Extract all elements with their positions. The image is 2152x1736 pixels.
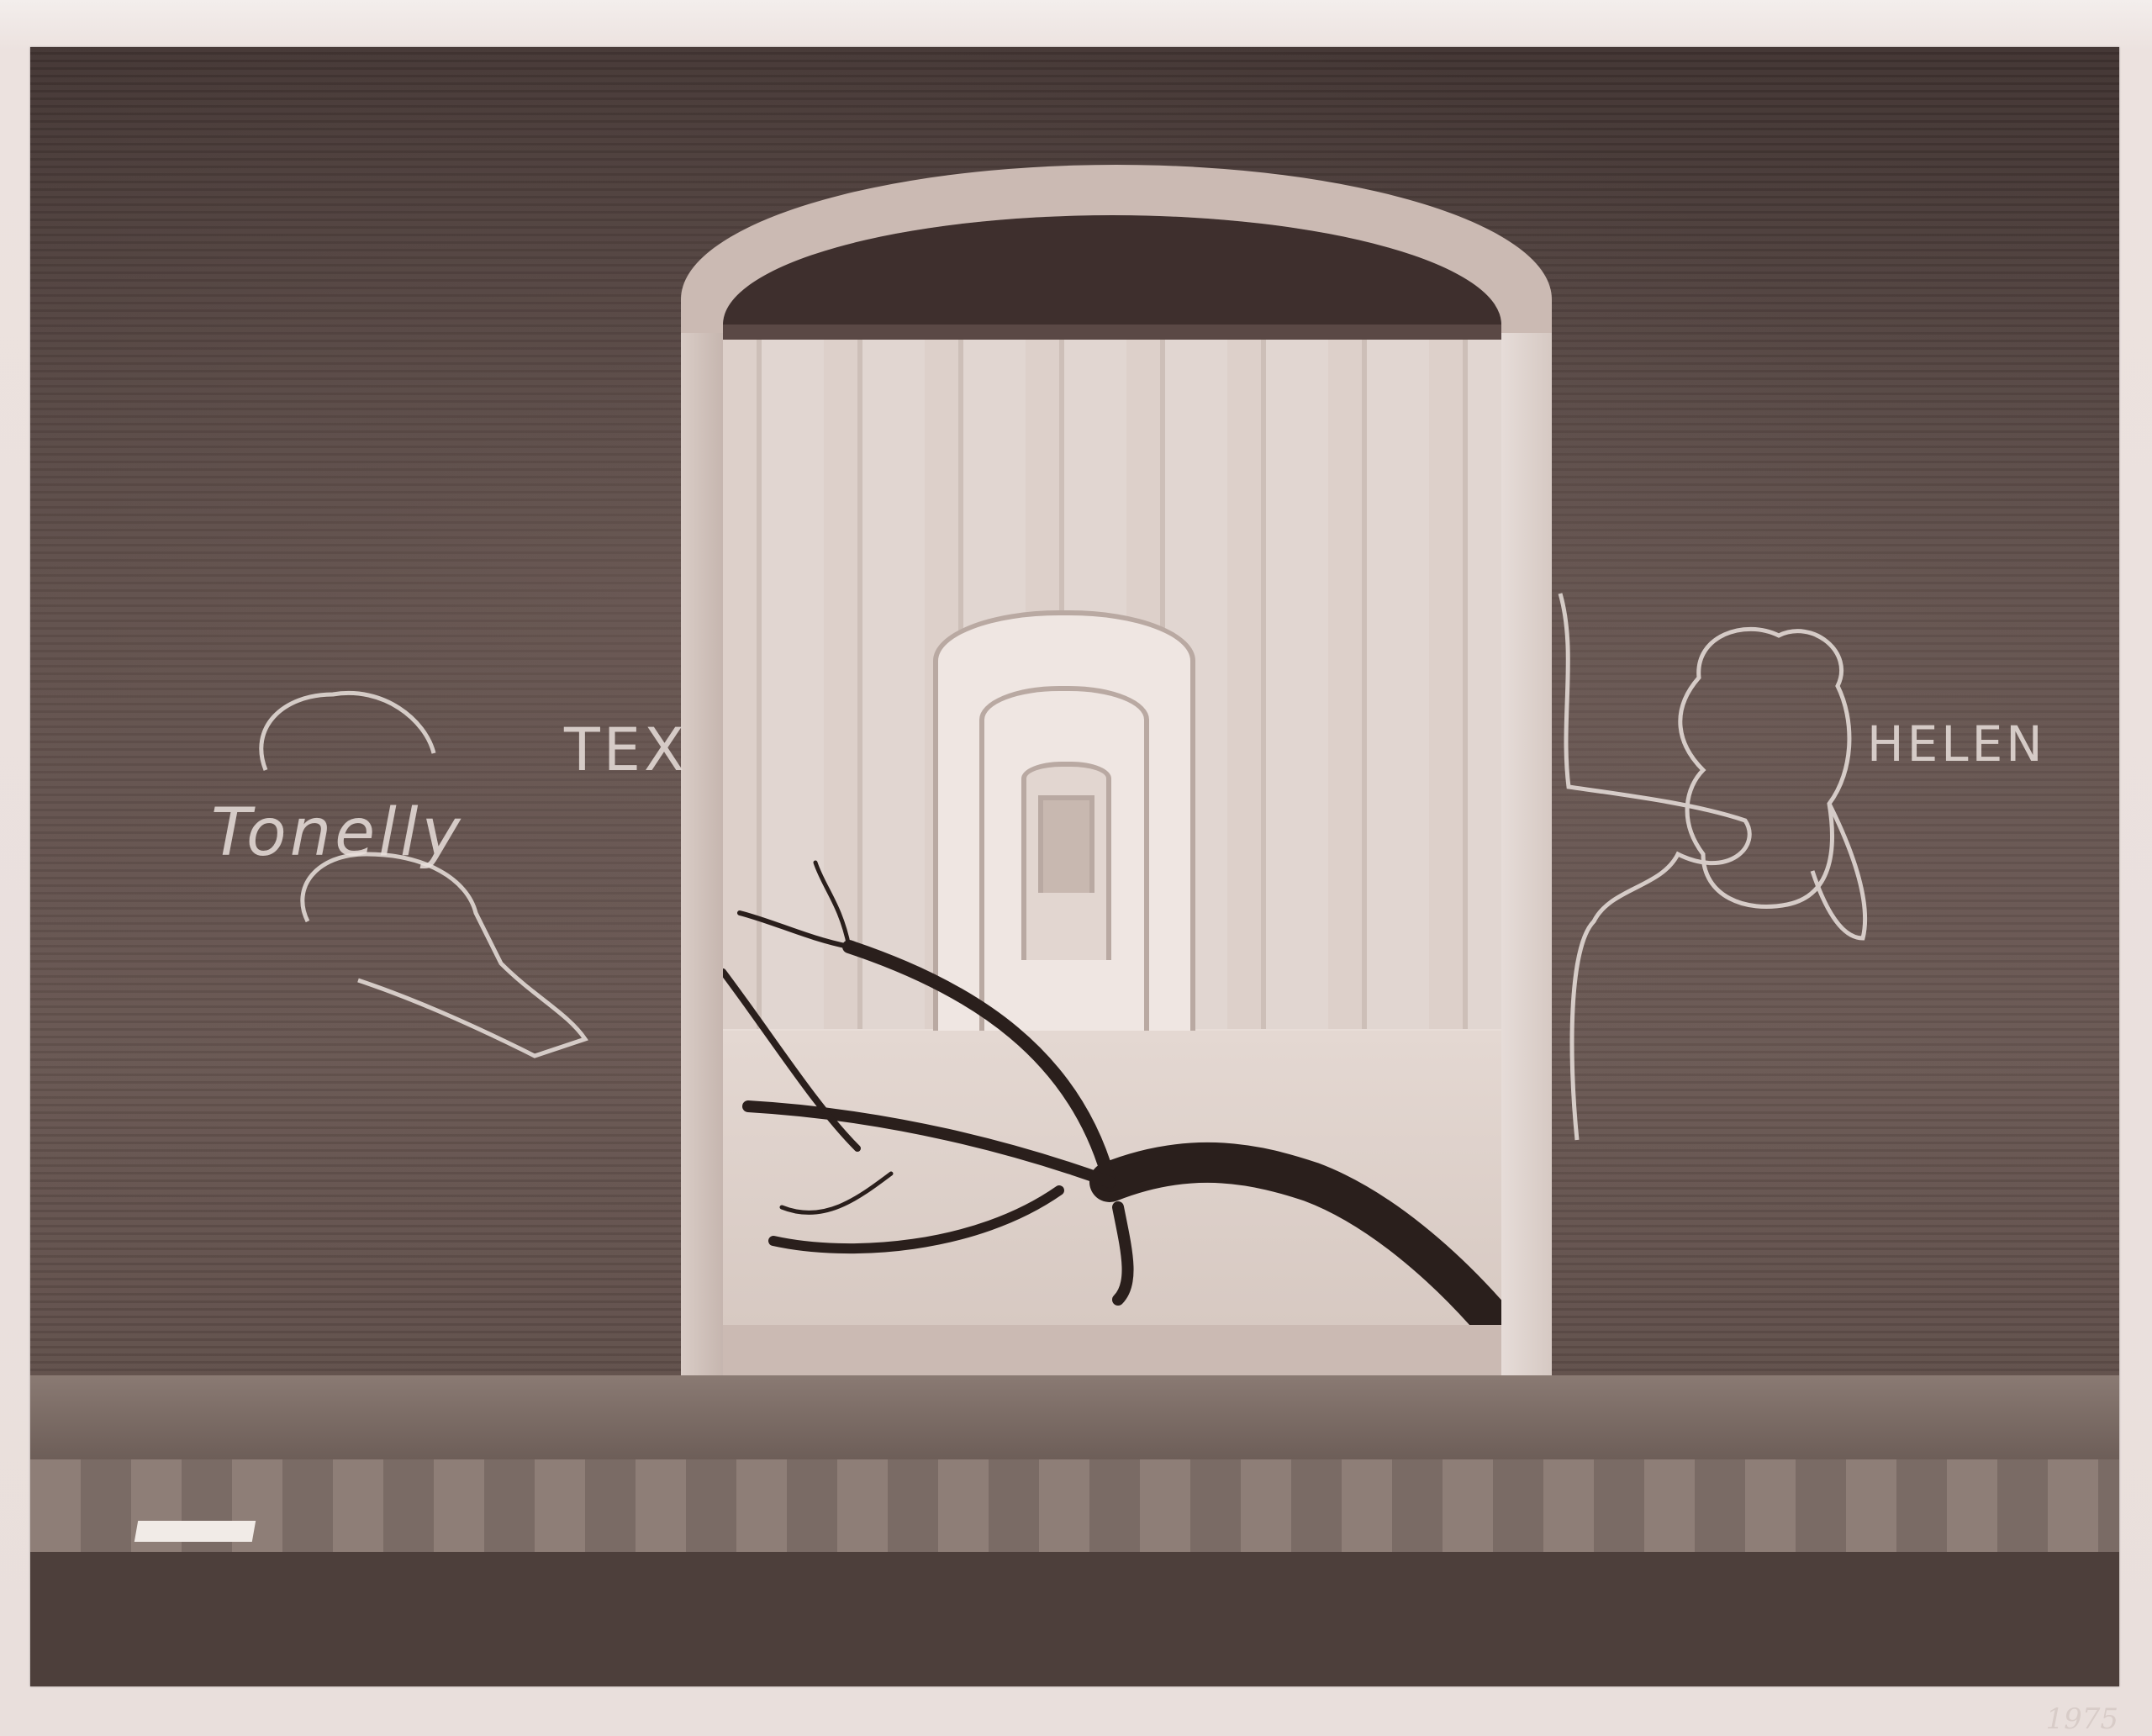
chalk-drawing-icon — [30, 47, 2119, 1686]
photograph: TEX Tonelly HELEN — [30, 47, 2119, 1686]
photographer-signature: 1975 — [2045, 1702, 2118, 1736]
